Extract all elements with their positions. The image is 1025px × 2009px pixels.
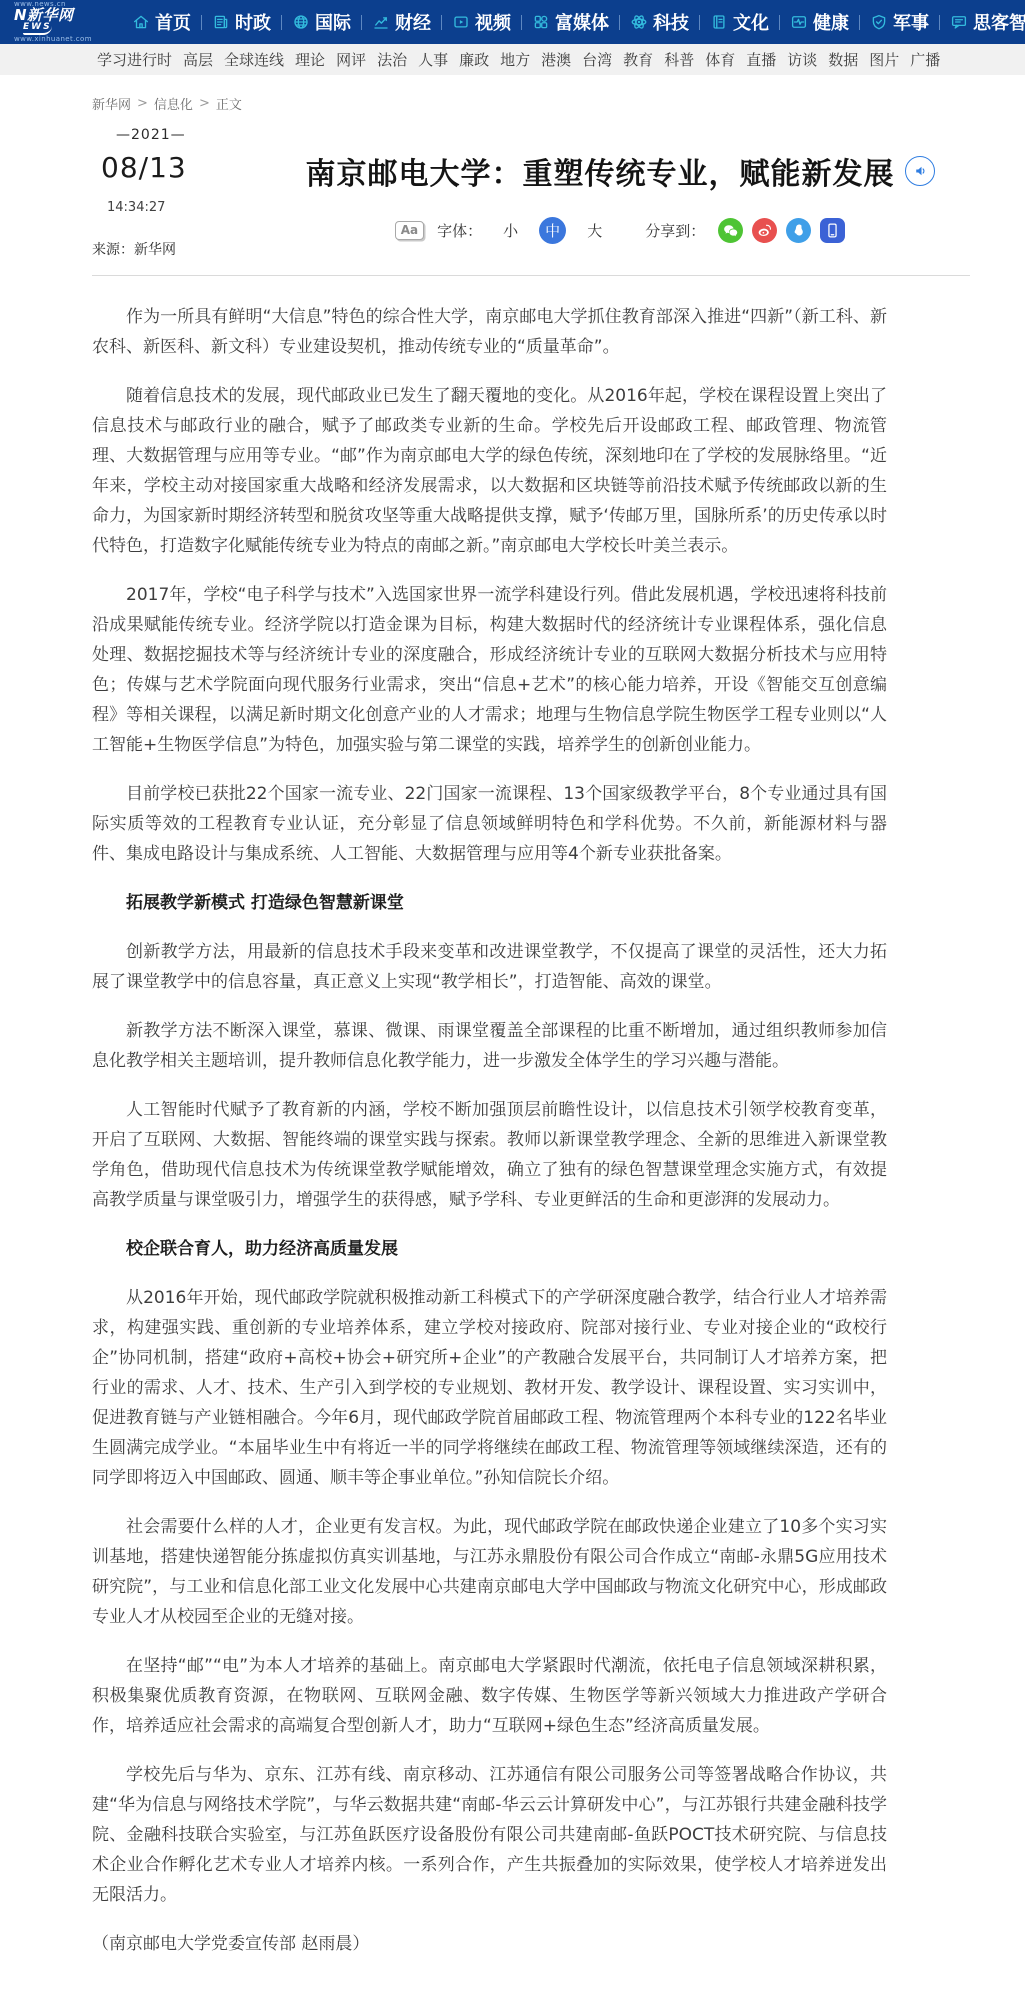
nav-separator: [361, 15, 362, 30]
topnav-item-politics[interactable]: 时政: [204, 9, 279, 35]
topnav-items: 首页时政国际财经视频富媒体科技文化健康军事思客智库: [124, 9, 1025, 35]
tech-icon: [630, 13, 648, 31]
page-title: 南京邮电大学：重塑传统专业，赋能新发展: [306, 157, 895, 192]
subnav-item-live[interactable]: 直播: [746, 49, 776, 70]
subnav-item-interview[interactable]: 访谈: [787, 49, 817, 70]
font-size-small[interactable]: 小: [495, 220, 526, 241]
font-aa-icon: Aa: [395, 221, 424, 240]
topnav-item-health[interactable]: 健康: [782, 9, 857, 35]
share-icons: [718, 218, 845, 243]
article-body: 作为一所具有鲜明“大信息”特色的综合性大学，南京邮电大学抓住教育部深入推进“四新…: [92, 302, 887, 1959]
subnav-item-personnel[interactable]: 人事: [418, 49, 448, 70]
politics-icon: [212, 13, 230, 31]
date-block: —2021— 08/13 14:34:27 来源：新华网: [92, 123, 270, 259]
subnav-item-taiwan[interactable]: 台湾: [582, 49, 612, 70]
font-size-medium[interactable]: 中: [539, 217, 566, 244]
topnav-item-tech[interactable]: 科技: [622, 9, 697, 35]
topnav-item-label: 思客智库: [973, 9, 1025, 35]
subnav-item-data[interactable]: 数据: [828, 49, 858, 70]
nav-separator: [441, 15, 442, 30]
nav-separator: [939, 15, 940, 30]
topnav-item-thinker[interactable]: 思客智库: [942, 9, 1025, 35]
breadcrumb-item-2[interactable]: 信息化: [154, 94, 193, 113]
sub-navigation-bar: 学习进行时高层全球连线理论网评法治人事廉政地方港澳台湾教育科普体育直播访谈数据图…: [0, 44, 1025, 75]
subnav-item-theory[interactable]: 理论: [295, 49, 325, 70]
subnav-item-study[interactable]: 学习进行时: [97, 49, 172, 70]
subnav-item-science[interactable]: 科普: [664, 49, 694, 70]
nav-separator: [201, 15, 202, 30]
article-heading: 拓展教学新模式 打造绿色智慧新课堂: [92, 888, 887, 918]
subnav-item-radio[interactable]: 广播: [910, 49, 940, 70]
article-paragraph: 2017年，学校“电子科学与技术”入选国家世界一流学科建设行列。借此发展机遇，学…: [92, 580, 887, 760]
breadcrumb-item-3: 正文: [216, 94, 242, 113]
font-size-label: 字体：: [437, 220, 482, 241]
font-size-large[interactable]: 大: [579, 220, 610, 241]
topnav-item-label: 富媒体: [555, 9, 609, 35]
share-label: 分享到：: [645, 220, 705, 241]
home-icon: [132, 13, 150, 31]
topnav-item-media[interactable]: 富媒体: [524, 9, 617, 35]
topnav-item-finance[interactable]: 财经: [364, 9, 439, 35]
share-mobile-icon[interactable]: [820, 218, 845, 243]
media-icon: [532, 13, 550, 31]
topnav-item-video[interactable]: 视频: [444, 9, 519, 35]
breadcrumb-separator: >: [199, 96, 210, 111]
article-paragraph: 人工智能时代赋予了教育新的内涵，学校不断加强顶层前瞻性设计，以信息技术引领学校教…: [92, 1095, 887, 1215]
topnav-item-military[interactable]: 军事: [862, 9, 937, 35]
topnav-item-world[interactable]: 国际: [284, 9, 359, 35]
topnav-item-label: 财经: [395, 9, 431, 35]
logo-sub: EWS: [23, 23, 52, 35]
topnav-item-label: 军事: [893, 9, 929, 35]
culture-icon: [710, 13, 728, 31]
article-paragraph: 随着信息技术的发展，现代邮政业已发生了翻天覆地的变化。从2016年起，学校在课程…: [92, 381, 887, 561]
finance-icon: [372, 13, 390, 31]
article-header: —2021— 08/13 14:34:27 来源：新华网 南京邮电大学：重塑传统…: [92, 123, 970, 259]
breadcrumb: 新华网>信息化>正文: [92, 94, 970, 113]
content-area: 新华网>信息化>正文 —2021— 08/13 14:34:27 来源：新华网 …: [92, 94, 970, 1959]
topnav-item-culture[interactable]: 文化: [702, 9, 777, 35]
header-divider: [92, 275, 970, 276]
top-navigation-bar: www.news.cn N新华网 EWS www.xinhuanet.com 首…: [0, 0, 1025, 44]
article-paragraph: 在坚持“邮”“电”为本人才培养的基础上。南京邮电大学紧跟时代潮流，依托电子信息领…: [92, 1651, 887, 1741]
breadcrumb-separator: >: [137, 96, 148, 111]
video-icon: [452, 13, 470, 31]
article-paragraph: 新教学方法不断深入课堂，慕课、微课、雨课堂覆盖全部课程的比重不断增加，通过组织教…: [92, 1016, 887, 1076]
audio-play-button[interactable]: [905, 156, 935, 186]
date-time: 14:34:27: [107, 200, 270, 215]
article-paragraph: 创新教学方法，用最新的信息技术手段来变革和改进课堂教学，不仅提高了课堂的灵活性，…: [92, 937, 887, 997]
article-byline: （南京邮电大学党委宣传部 赵雨晨）: [92, 1929, 887, 1959]
nav-separator: [859, 15, 860, 30]
logo-url-bottom: www.xinhuanet.com: [14, 36, 92, 43]
subnav-item-education[interactable]: 教育: [623, 49, 653, 70]
title-block: 南京邮电大学：重塑传统专业，赋能新发展 Aa 字体： 小 中 大 分享到：: [270, 123, 970, 259]
share-wechat-icon[interactable]: [718, 218, 743, 243]
thinker-icon: [950, 13, 968, 31]
subnav-item-integrity[interactable]: 廉政: [459, 49, 489, 70]
article-paragraph: 从2016年开始，现代邮政学院就积极推动新工科模式下的产学研深度融合教学，结合行…: [92, 1283, 887, 1493]
subnav-item-sports[interactable]: 体育: [705, 49, 735, 70]
subnav-item-law[interactable]: 法治: [377, 49, 407, 70]
nav-separator: [699, 15, 700, 30]
health-icon: [790, 13, 808, 31]
topnav-item-label: 科技: [653, 9, 689, 35]
article-paragraph: 学校先后与华为、京东、江苏有线、南京移动、江苏通信有限公司服务公司等签署战略合作…: [92, 1760, 887, 1910]
speaker-icon: [911, 162, 929, 180]
article-heading: 校企联合育人，助力经济高质量发展: [92, 1234, 887, 1264]
topnav-item-label: 国际: [315, 9, 351, 35]
article-paragraph: 作为一所具有鲜明“大信息”特色的综合性大学，南京邮电大学抓住教育部深入推进“四新…: [92, 302, 887, 362]
nav-separator: [619, 15, 620, 30]
nav-separator: [779, 15, 780, 30]
military-icon: [870, 13, 888, 31]
subnav-item-comment[interactable]: 网评: [336, 49, 366, 70]
subnav-item-hkmo[interactable]: 港澳: [541, 49, 571, 70]
world-icon: [292, 13, 310, 31]
breadcrumb-item-1[interactable]: 新华网: [92, 94, 131, 113]
share-weibo-icon[interactable]: [752, 218, 777, 243]
nav-separator: [521, 15, 522, 30]
date-year: —2021—: [116, 127, 270, 143]
subnav-item-top[interactable]: 高层: [183, 49, 213, 70]
topnav-item-label: 视频: [475, 9, 511, 35]
subnav-item-global[interactable]: 全球连线: [224, 49, 284, 70]
font-share-bar: Aa 字体： 小 中 大 分享到：: [270, 217, 970, 244]
subnav-item-local[interactable]: 地方: [500, 49, 530, 70]
topnav-item-label: 时政: [235, 9, 271, 35]
subnav-item-photo[interactable]: 图片: [869, 49, 899, 70]
topnav-item-label: 健康: [813, 9, 849, 35]
article-paragraph: 目前学校已获批22个国家一流专业、22门国家一流课程、13个国家级教学平台，8个…: [92, 779, 887, 869]
xinhua-logo[interactable]: www.news.cn N新华网 EWS www.xinhuanet.com: [14, 1, 110, 44]
article-source: 来源：新华网: [92, 239, 270, 259]
article-paragraph: 社会需要什么样的人才，企业更有发言权。为此，现代邮政学院在邮政快递企业建立了10…: [92, 1512, 887, 1632]
topnav-item-label: 首页: [155, 9, 191, 35]
date-monthday: 08/13: [101, 151, 270, 184]
share-qq-icon[interactable]: [786, 218, 811, 243]
topnav-item-label: 文化: [733, 9, 769, 35]
topnav-item-home[interactable]: 首页: [124, 9, 199, 35]
nav-separator: [281, 15, 282, 30]
